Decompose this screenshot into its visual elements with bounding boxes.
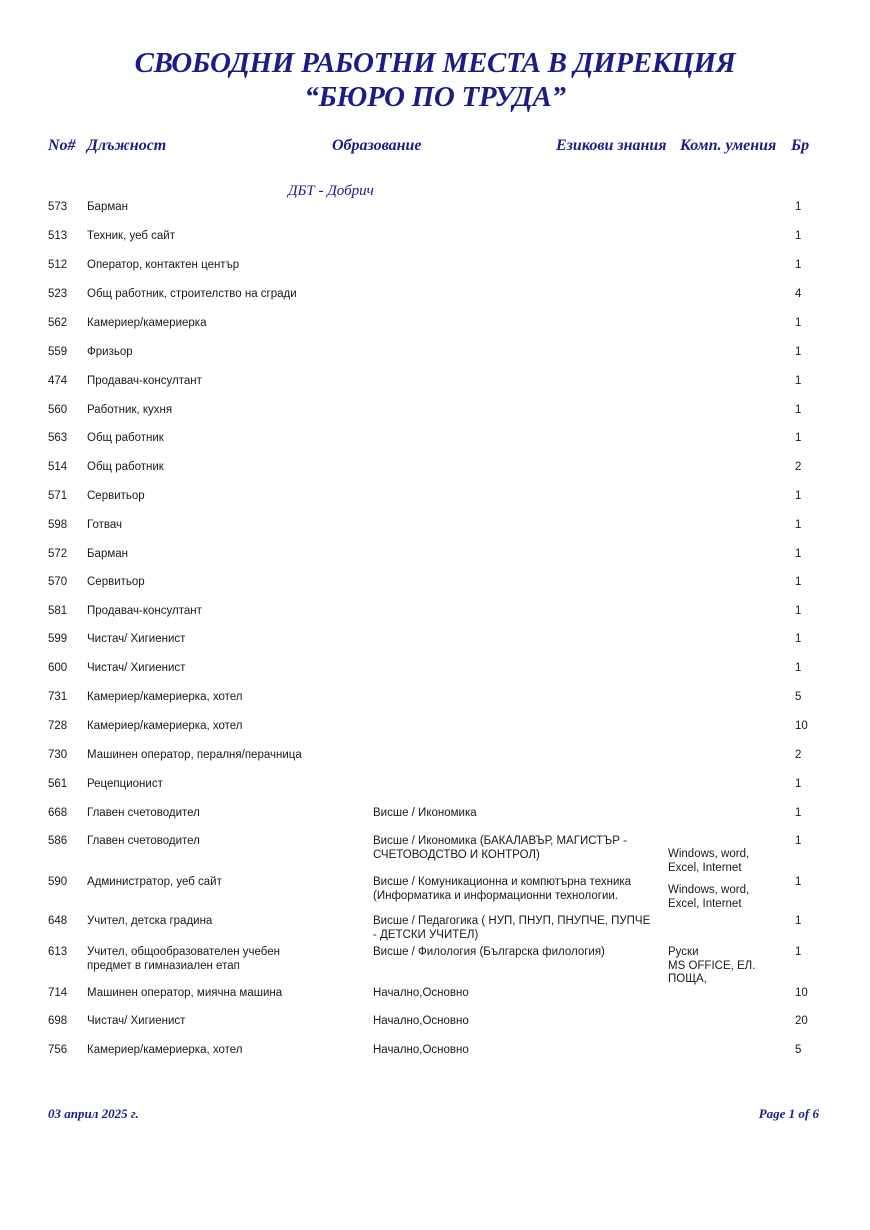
row-count: 1 — [795, 404, 801, 418]
column-header-count: Бр — [791, 136, 809, 156]
row-position: Учител, общообразователен учебенпредмет … — [87, 946, 280, 973]
row-position: Общ работник, строителство на сгради — [87, 288, 297, 302]
row-count: 20 — [795, 1015, 808, 1029]
row-computer-skills: РускиMS OFFICE, ЕЛ.ПОЩА, — [668, 946, 755, 987]
row-position: Барман — [87, 548, 128, 562]
row-count: 5 — [795, 691, 801, 705]
row-number: 590 — [48, 876, 67, 890]
row-position: Техник, уеб сайт — [87, 230, 175, 244]
row-number: 600 — [48, 662, 67, 676]
column-header-no: No# — [48, 136, 76, 156]
row-number: 560 — [48, 404, 67, 418]
row-education: Начално,Основно — [373, 1015, 469, 1029]
row-position: Машинен оператор, миячна машина — [87, 987, 282, 1001]
row-count: 4 — [795, 288, 801, 302]
row-computer-skills: Windows, word,Excel, Internet — [668, 848, 749, 875]
column-header-languages: Езикови знания — [556, 136, 667, 156]
row-count: 1 — [795, 778, 801, 792]
row-number: 728 — [48, 720, 67, 734]
row-count: 1 — [795, 807, 801, 821]
row-position: Рецепционист — [87, 778, 163, 792]
row-position: Чистач/ Хигиенист — [87, 633, 185, 647]
row-position: Учител, детска градина — [87, 915, 212, 929]
column-header-education: Образование — [332, 136, 422, 156]
row-number: 571 — [48, 490, 67, 504]
row-number: 561 — [48, 778, 67, 792]
row-number: 668 — [48, 807, 67, 821]
row-position: Чистач/ Хигиенист — [87, 1015, 185, 1029]
row-position: Сервитьор — [87, 490, 145, 504]
row-number: 698 — [48, 1015, 67, 1029]
row-education: Висше / Комуникационна и компютърна техн… — [373, 876, 631, 903]
row-education: Висше / Педагогика ( НУП, ПНУП, ПНУПЧЕ, … — [373, 915, 650, 942]
row-position: Машинен оператор, пералня/перачница — [87, 749, 302, 763]
footer-date: 03 април 2025 г. — [48, 1106, 139, 1122]
column-header-position: Длъжност — [87, 136, 166, 156]
row-position: Продавач-консултант — [87, 605, 202, 619]
row-count: 1 — [795, 576, 801, 590]
row-number: 512 — [48, 259, 67, 273]
row-count: 1 — [795, 633, 801, 647]
row-position: Продавач-консултант — [87, 375, 202, 389]
row-education: Начално,Основно — [373, 1044, 469, 1058]
document-title-line-1: СВОБОДНИ РАБОТНИ МЕСТА В ДИРЕКЦИЯ — [0, 46, 870, 80]
row-count: 1 — [795, 835, 801, 849]
row-education: Начално,Основно — [373, 987, 469, 1001]
row-position: Камериер/камериерка, хотел — [87, 1044, 243, 1058]
row-count: 2 — [795, 461, 801, 475]
row-count: 1 — [795, 490, 801, 504]
document-title-line-2: “БЮРО ПО ТРУДА” — [0, 80, 870, 114]
row-position: Барман — [87, 201, 128, 215]
row-position: Камериер/камериерка, хотел — [87, 691, 243, 705]
row-number: 613 — [48, 946, 67, 960]
row-count: 1 — [795, 548, 801, 562]
row-position: Оператор, контактен център — [87, 259, 239, 273]
row-position: Работник, кухня — [87, 404, 172, 418]
column-header-computer-skills: Комп. умения — [680, 136, 776, 156]
section-title: ДБТ - Добрич — [288, 182, 374, 200]
row-count: 10 — [795, 987, 808, 1001]
row-position: Камериер/камериерка, хотел — [87, 720, 243, 734]
row-position: Администратор, уеб сайт — [87, 876, 222, 890]
row-computer-skills: Windows, word,Excel, Internet — [668, 884, 749, 911]
row-position: Фризьор — [87, 346, 133, 360]
row-count: 1 — [795, 915, 801, 929]
row-count: 1 — [795, 876, 801, 890]
row-position: Главен счетоводител — [87, 807, 200, 821]
row-count: 1 — [795, 605, 801, 619]
row-number: 559 — [48, 346, 67, 360]
row-number: 514 — [48, 461, 67, 475]
row-number: 599 — [48, 633, 67, 647]
footer-page-number: Page 1 of 6 — [759, 1106, 819, 1122]
row-number: 730 — [48, 749, 67, 763]
row-position: Готвач — [87, 519, 122, 533]
row-position: Камериер/камериерка — [87, 317, 206, 331]
row-number: 598 — [48, 519, 67, 533]
row-position: Общ работник — [87, 432, 164, 446]
row-number: 570 — [48, 576, 67, 590]
row-number: 513 — [48, 230, 67, 244]
row-number: 563 — [48, 432, 67, 446]
row-number: 586 — [48, 835, 67, 849]
row-count: 1 — [795, 662, 801, 676]
row-count: 5 — [795, 1044, 801, 1058]
row-number: 648 — [48, 915, 67, 929]
row-count: 1 — [795, 946, 801, 960]
row-number: 523 — [48, 288, 67, 302]
row-number: 581 — [48, 605, 67, 619]
row-number: 714 — [48, 987, 67, 1001]
row-position: Общ работник — [87, 461, 164, 475]
row-count: 1 — [795, 375, 801, 389]
row-count: 1 — [795, 230, 801, 244]
row-number: 474 — [48, 375, 67, 389]
row-education: Висше / Филология (Българска филология) — [373, 946, 605, 960]
row-number: 731 — [48, 691, 67, 705]
row-count: 2 — [795, 749, 801, 763]
row-number: 562 — [48, 317, 67, 331]
row-education: Висше / Икономика — [373, 807, 477, 821]
row-count: 1 — [795, 432, 801, 446]
row-education: Висше / Икономика (БАКАЛАВЪР, МАГИСТЪР -… — [373, 835, 627, 862]
row-count: 1 — [795, 346, 801, 360]
row-count: 1 — [795, 201, 801, 215]
row-number: 756 — [48, 1044, 67, 1058]
row-number: 572 — [48, 548, 67, 562]
row-count: 1 — [795, 317, 801, 331]
row-number: 573 — [48, 201, 67, 215]
row-count: 1 — [795, 519, 801, 533]
row-count: 1 — [795, 259, 801, 273]
row-count: 10 — [795, 720, 808, 734]
row-position: Сервитьор — [87, 576, 145, 590]
row-position: Главен счетоводител — [87, 835, 200, 849]
row-position: Чистач/ Хигиенист — [87, 662, 185, 676]
